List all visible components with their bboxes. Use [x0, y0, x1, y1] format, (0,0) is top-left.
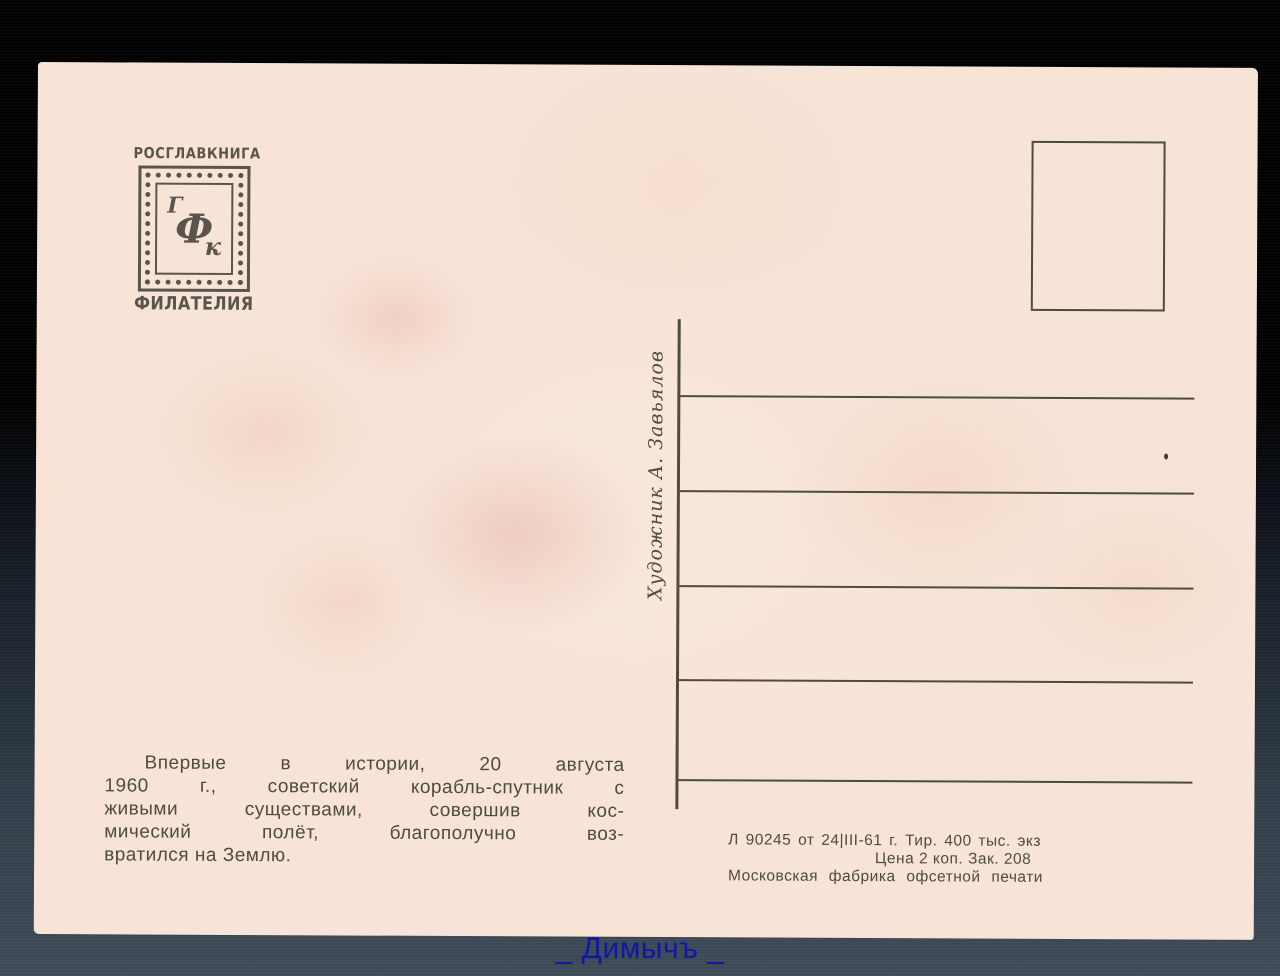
- caption-line: мический полёт, благополучно воз-: [104, 820, 624, 846]
- address-line: [679, 679, 1193, 684]
- logo-monogram: Г Ф к: [155, 183, 233, 275]
- address-line: [678, 779, 1192, 784]
- monogram-k: к: [205, 232, 221, 261]
- logo-top-text: РОСГЛАВКНИГА: [134, 145, 256, 163]
- caption-text: Впервые в истории, 20 августа 1960 г., с…: [104, 751, 625, 869]
- caption-line: 1960 г., советский корабль-спутник с: [104, 774, 624, 800]
- imprint-line: Цена 2 коп. Зак. 208: [728, 849, 1178, 869]
- logo-bottom-text: ФИЛАТЕЛИЯ: [133, 292, 255, 314]
- address-line: [680, 490, 1194, 495]
- printing-imprint: Л 90245 от 24|III-61 г. Тир. 400 тыс. эк…: [728, 831, 1178, 887]
- publisher-logo: РОСГЛАВКНИГА Г Ф к ФИЛАТЕЛИЯ: [133, 146, 256, 313]
- uploader-watermark: _ Димычъ _: [0, 932, 1280, 966]
- monogram-g: Г: [167, 193, 182, 219]
- stamp-placeholder-box: [1031, 141, 1166, 312]
- vertical-divider: [675, 319, 680, 809]
- imprint-line: Л 90245 от 24|III-61 г. Тир. 400 тыс. эк…: [728, 831, 1178, 851]
- ink-speck: [1164, 454, 1168, 460]
- artist-credit: Художник А. Завьялов: [644, 350, 667, 600]
- caption-line: Впервые в истории, 20 августа: [105, 751, 625, 777]
- address-line: [680, 395, 1194, 400]
- caption-line: вратился на Землю.: [104, 843, 624, 869]
- postcard-back: РОСГЛАВКНИГА Г Ф к ФИЛАТЕЛИЯ Художник А.…: [34, 62, 1258, 940]
- address-line: [679, 585, 1193, 590]
- logo-stamp-frame: Г Ф к: [138, 165, 251, 292]
- logo-perforation: Г Ф к: [145, 173, 244, 285]
- imprint-line: Московская фабрика офсетной печати: [728, 867, 1178, 887]
- caption-line: живыми существами, совершив кос-: [104, 797, 624, 823]
